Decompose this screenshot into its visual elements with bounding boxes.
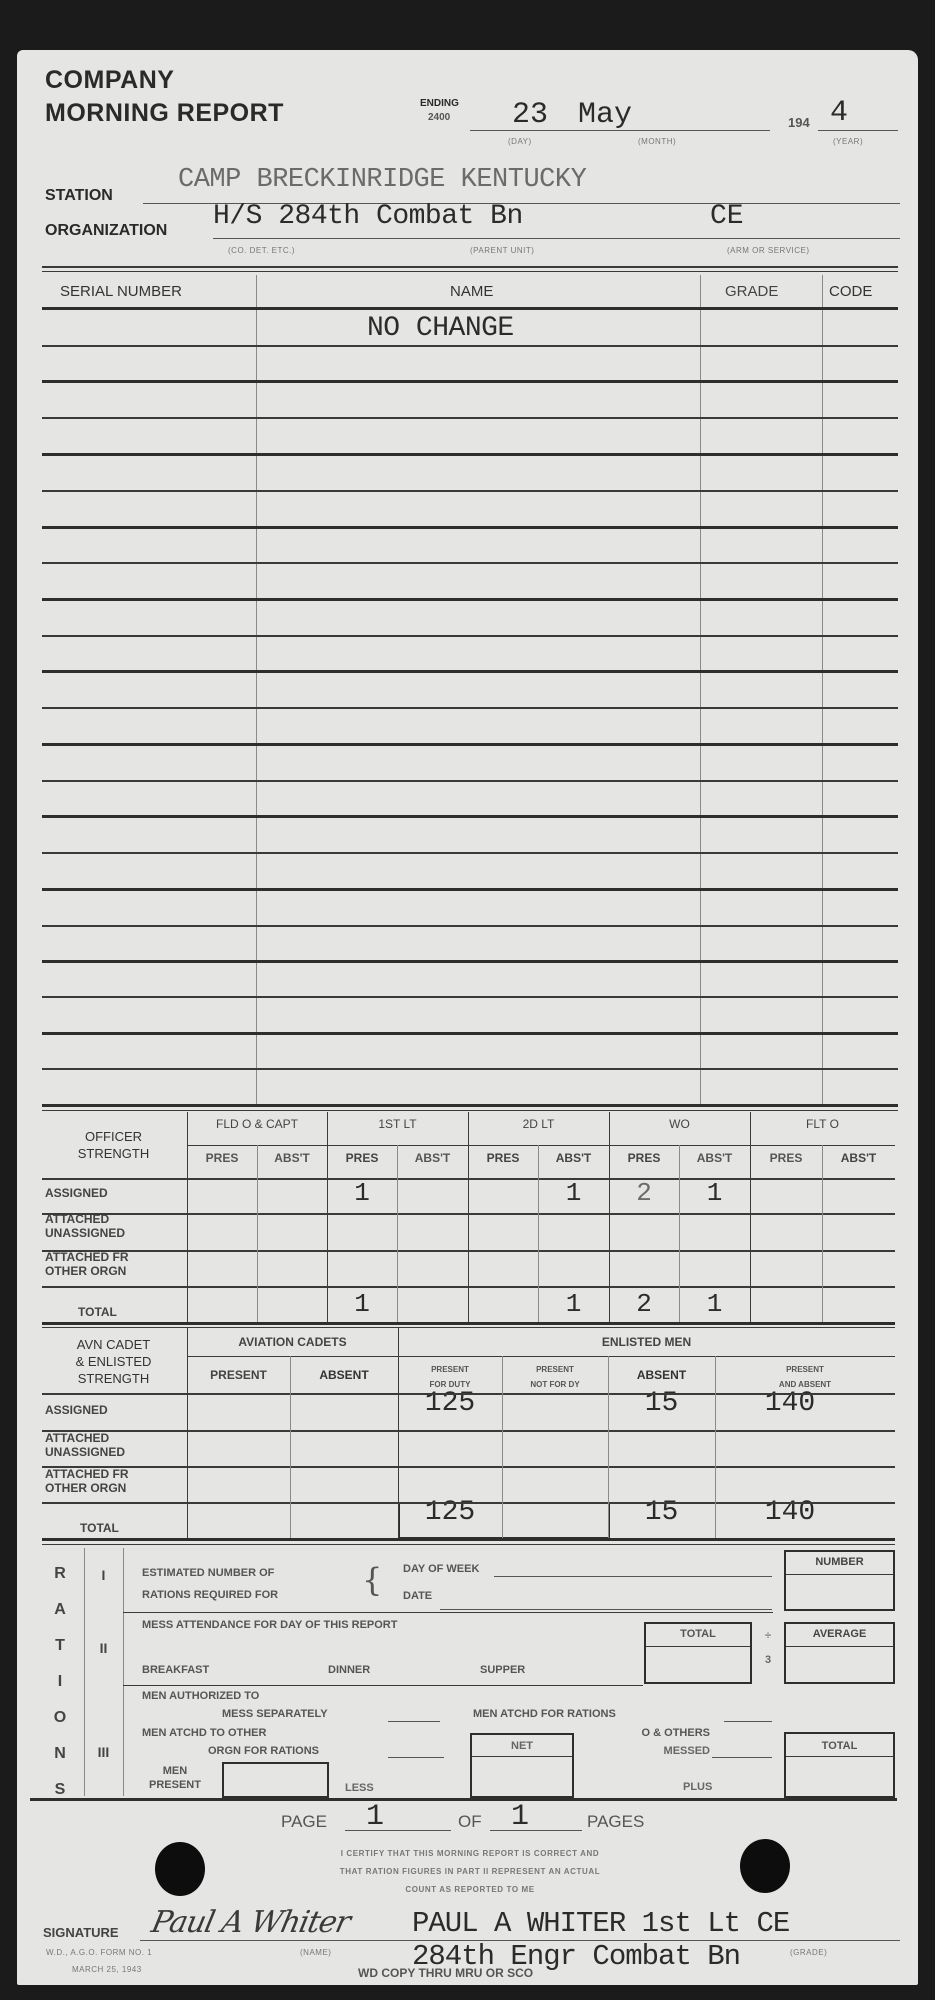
grid-vline xyxy=(538,1145,539,1322)
entry-line xyxy=(42,670,898,673)
entry-line xyxy=(42,490,898,492)
day-value[interactable]: 23 xyxy=(512,98,548,132)
box-divider xyxy=(786,1574,893,1575)
punch-hole-right xyxy=(740,1839,790,1893)
entry-line xyxy=(42,960,898,963)
signer-typed-name[interactable]: PAUL A WHITER 1st Lt CE xyxy=(412,1907,789,1940)
grid-vline xyxy=(502,1356,503,1538)
rations-total-label: TOTAL xyxy=(784,1740,895,1752)
entry-line xyxy=(42,1068,898,1070)
side-letter: R xyxy=(38,1556,82,1592)
name-caption: (NAME) xyxy=(300,1948,331,1957)
entry-line xyxy=(42,453,898,456)
divide-icon: ÷ xyxy=(754,1630,782,1642)
cell-assigned-wo-abst[interactable]: 1 xyxy=(679,1178,750,1208)
entry-line xyxy=(42,1110,898,1111)
mess-attendance-title: MESS ATTENDANCE FOR DAY OF THIS REPORT xyxy=(142,1619,397,1631)
sub-abst: ABS'T xyxy=(822,1151,895,1165)
box-divider xyxy=(786,1756,893,1757)
grid-vline xyxy=(187,1328,188,1538)
org-caption-parent-unit: (PARENT UNIT) xyxy=(470,246,534,255)
grid-vline xyxy=(398,1328,399,1538)
section-ii-numeral: II xyxy=(84,1640,123,1656)
grid-vline xyxy=(397,1145,398,1322)
label-line: ATTACHED xyxy=(45,1431,125,1445)
of-label: OF xyxy=(458,1812,482,1832)
entry-line xyxy=(42,598,898,601)
col-header-grade: GRADE xyxy=(725,283,778,300)
net-label: NET xyxy=(470,1740,574,1752)
o-others-field[interactable] xyxy=(712,1757,772,1758)
men-atchd-for-rations-label: MEN ATCHD FOR RATIONS xyxy=(473,1708,616,1720)
brace-icon: { xyxy=(362,1560,382,1600)
entry-line xyxy=(42,417,898,419)
col-divider-serial xyxy=(256,275,257,1105)
grid-line xyxy=(42,1502,895,1504)
label-line: PRESENT xyxy=(715,1362,895,1377)
row-label-attached-fr-other-orgn: ATTACHED FR OTHER ORGN xyxy=(45,1250,129,1278)
group-flt-o: FLT O xyxy=(750,1117,895,1131)
month-caption: (MONTH) xyxy=(638,137,676,146)
date-field[interactable] xyxy=(440,1609,772,1610)
sub-pres: PRES xyxy=(750,1151,822,1165)
label-line: NOT FOR DY xyxy=(502,1377,608,1392)
label-line: RATIONS REQUIRED FOR xyxy=(142,1584,278,1606)
ending-time-label: 2400 xyxy=(428,112,450,123)
label-line: UNASSIGNED xyxy=(45,1226,125,1240)
officer-strength-title-line1: OFFICER xyxy=(40,1128,187,1145)
men-present-label: MEN PRESENT xyxy=(130,1764,220,1792)
men-atchd-other-label-2: ORGN FOR RATIONS xyxy=(208,1745,319,1757)
mess-total-label: TOTAL xyxy=(644,1628,752,1640)
supper-label[interactable]: SUPPER xyxy=(480,1664,525,1676)
grid-vline xyxy=(822,1145,823,1322)
o-others-label-2: MESSED xyxy=(600,1745,710,1757)
sub-abst: ABS'T xyxy=(257,1151,327,1165)
entry-line xyxy=(42,526,898,529)
org-caption-company: (CO. DET. ETC.) xyxy=(228,246,295,255)
entry-line xyxy=(42,635,898,637)
station-value[interactable]: CAMP BRECKINRIDGE KENTUCKY xyxy=(178,165,586,195)
cell-assigned-1stlt-pres[interactable]: 1 xyxy=(327,1178,397,1208)
title-line: & ENLISTED xyxy=(40,1353,187,1370)
sub-avn-present: PRESENT xyxy=(187,1368,290,1382)
entry-line xyxy=(42,743,898,746)
plus-label: PLUS xyxy=(683,1781,712,1793)
entry-line xyxy=(42,852,898,854)
row-label-total: TOTAL xyxy=(78,1305,117,1319)
col-header-serial-number: SERIAL NUMBER xyxy=(60,283,182,300)
cell-assigned-2dlt-abst[interactable]: 1 xyxy=(538,1178,609,1208)
sub-abst: ABS'T xyxy=(397,1151,468,1165)
sub-avn-absent: ABSENT xyxy=(290,1368,398,1382)
entry-line xyxy=(42,307,898,310)
group-1st-lt: 1ST LT xyxy=(327,1117,468,1131)
page-label: PAGE xyxy=(281,1812,327,1832)
entry-line xyxy=(42,888,898,891)
year-underline xyxy=(818,130,898,131)
row-label-attached-unassigned: ATTACHED UNASSIGNED xyxy=(45,1431,125,1459)
rations-bottom-rule xyxy=(30,1798,897,1801)
enlisted-strength-title: AVN CADET & ENLISTED STRENGTH xyxy=(40,1336,187,1387)
certify-line: THAT RATION FIGURES IN PART II REPRESENT… xyxy=(250,1863,690,1881)
entry-row-1-name[interactable]: NO CHANGE xyxy=(367,313,514,344)
label-line: OTHER ORGN xyxy=(45,1264,129,1278)
label-line: PRESENT xyxy=(398,1362,502,1377)
organization-value[interactable]: H/S 284th Combat Bn xyxy=(213,201,523,232)
certify-line: I CERTIFY THAT THIS MORNING REPORT IS CO… xyxy=(250,1845,690,1863)
rations-side-label: R A T I O N S xyxy=(38,1556,82,1808)
label-line: ATTACHED FR xyxy=(45,1250,129,1264)
total-duty-box xyxy=(398,1502,610,1539)
grid-vline xyxy=(468,1112,469,1322)
rations-vline xyxy=(123,1548,124,1796)
side-letter: I xyxy=(38,1664,82,1700)
year-caption: (YEAR) xyxy=(833,137,863,146)
row-label-attached-fr-other-orgn: ATTACHED FR OTHER ORGN xyxy=(45,1467,129,1495)
entry-line xyxy=(42,925,898,927)
label-line: MEN xyxy=(130,1764,220,1778)
sub-pres: PRES xyxy=(609,1151,679,1165)
day-caption: (DAY) xyxy=(508,137,532,146)
col-header-name: NAME xyxy=(450,283,493,300)
men-atchd-for-rations-field[interactable] xyxy=(724,1721,772,1722)
grid-line xyxy=(42,1544,895,1545)
mess-separately-field[interactable] xyxy=(388,1721,440,1722)
form-number: W.D., A.G.O. FORM NO. 1 xyxy=(46,1948,152,1957)
year-value[interactable]: 4 xyxy=(830,96,848,130)
org-caption-arm-service: (ARM OR SERVICE) xyxy=(727,246,810,255)
year-prefix: 194 xyxy=(788,115,810,130)
handwritten-signature[interactable]: Paul A Whiter xyxy=(148,1905,353,1940)
day-of-week-field[interactable] xyxy=(494,1576,772,1577)
sub-abst: ABS'T xyxy=(679,1151,750,1165)
row-label-total: TOTAL xyxy=(80,1521,119,1535)
label-line: ATTACHED FR xyxy=(45,1467,129,1481)
grid-line xyxy=(42,1466,895,1468)
men-present-box[interactable] xyxy=(222,1762,329,1798)
col-divider-name xyxy=(700,275,701,1105)
officer-strength-title: OFFICER STRENGTH xyxy=(40,1128,187,1162)
label-line: OTHER ORGN xyxy=(45,1481,129,1495)
grid-line xyxy=(187,1145,895,1146)
organization-label: ORGANIZATION xyxy=(45,222,167,240)
title-line: AVN CADET xyxy=(40,1336,187,1353)
cell-total-1stlt-pres[interactable]: 1 xyxy=(327,1289,397,1319)
grid-line xyxy=(42,1322,895,1325)
grid-line xyxy=(42,1327,895,1328)
certify-line: COUNT AS REPORTED TO ME xyxy=(250,1881,690,1899)
box-divider xyxy=(472,1756,572,1757)
entry-line xyxy=(42,1104,898,1107)
header-rule-2 xyxy=(42,271,898,272)
sub-enlisted-absent: ABSENT xyxy=(608,1368,715,1382)
grid-line xyxy=(187,1356,895,1357)
date-label: DATE xyxy=(403,1590,432,1602)
divide-by-value: 3 xyxy=(754,1654,782,1666)
side-letter: O xyxy=(38,1700,82,1736)
arm-value[interactable]: CE xyxy=(710,201,744,232)
grid-line xyxy=(42,1393,895,1395)
row-label-attached-unassigned: ATTACHED UNASSIGNED xyxy=(45,1212,125,1240)
section-divider xyxy=(123,1685,643,1686)
officer-strength-title-line2: STRENGTH xyxy=(40,1145,187,1162)
section-i-numeral: I xyxy=(84,1567,123,1583)
sub-pres: PRES xyxy=(187,1151,257,1165)
box-divider xyxy=(646,1646,750,1647)
cell-total-wo-abst[interactable]: 1 xyxy=(679,1289,750,1319)
sub-present-not-for-duty: PRESENT NOT FOR DY xyxy=(502,1362,608,1392)
copy-note: WD COPY THRU MRU OR SCO xyxy=(358,1966,533,1980)
number-box-label: NUMBER xyxy=(784,1556,895,1568)
group-fld-o-capt: FLD O & CAPT xyxy=(187,1117,327,1131)
sub-pres: PRES xyxy=(327,1151,397,1165)
pages-label: PAGES xyxy=(587,1812,644,1832)
cell-total-wo-pres[interactable]: 2 xyxy=(609,1289,679,1319)
page-value[interactable]: 1 xyxy=(345,1800,405,1834)
row-label-assigned: ASSIGNED xyxy=(45,1186,108,1200)
form-date: MARCH 25, 1943 xyxy=(72,1965,142,1974)
side-letter: A xyxy=(38,1592,82,1628)
label-line: PRESENT xyxy=(502,1362,608,1377)
group-enlisted-men: ENLISTED MEN xyxy=(398,1335,895,1349)
group-aviation-cadets: AVIATION CADETS xyxy=(187,1335,398,1349)
entry-line xyxy=(42,996,898,998)
pages-value[interactable]: 1 xyxy=(500,1800,540,1834)
col-divider-grade xyxy=(822,275,823,1105)
side-letter: N xyxy=(38,1736,82,1772)
signature-label: SIGNATURE xyxy=(43,1925,119,1940)
label-line: PRESENT xyxy=(130,1778,220,1792)
box-divider xyxy=(786,1646,893,1647)
entry-line xyxy=(42,707,898,709)
less-label: LESS xyxy=(345,1782,374,1794)
month-value[interactable]: May xyxy=(578,98,632,132)
grid-vline xyxy=(679,1145,680,1322)
grid-vline xyxy=(327,1112,328,1322)
cell-total-2dlt-abst[interactable]: 1 xyxy=(538,1289,609,1319)
men-authorized-label-1: MEN AUTHORIZED TO xyxy=(142,1690,259,1702)
entry-line xyxy=(42,380,898,383)
o-others-label-1: O & OTHERS xyxy=(600,1727,710,1739)
other-orgn-field[interactable] xyxy=(388,1757,444,1758)
entry-line xyxy=(42,345,898,347)
section-iii-numeral: III xyxy=(84,1744,123,1760)
side-letter: S xyxy=(38,1772,82,1808)
day-of-week-label: DAY OF WEEK xyxy=(403,1563,479,1575)
station-label: STATION xyxy=(45,187,113,205)
average-label: AVERAGE xyxy=(784,1628,895,1640)
entry-line xyxy=(42,815,898,818)
grid-vline xyxy=(715,1356,716,1538)
punch-hole-left xyxy=(155,1842,205,1896)
grid-line xyxy=(42,1538,895,1541)
grid-vline xyxy=(609,1112,610,1322)
group-wo: WO xyxy=(609,1117,750,1131)
grid-vline xyxy=(187,1112,188,1322)
entry-line xyxy=(42,780,898,782)
men-authorized-label-2: MESS SEPARATELY xyxy=(222,1708,328,1720)
entry-line xyxy=(42,1032,898,1035)
entry-line xyxy=(42,562,898,564)
label-line: UNASSIGNED xyxy=(45,1445,125,1459)
col-header-code: CODE xyxy=(829,283,872,300)
grid-vline xyxy=(608,1356,609,1538)
grid-vline xyxy=(750,1112,751,1322)
men-atchd-other-label-1: MEN ATCHD TO OTHER xyxy=(142,1727,266,1739)
sub-pres: PRES xyxy=(468,1151,538,1165)
ending-label: ENDING xyxy=(420,98,459,109)
row-label-assigned: ASSIGNED xyxy=(45,1403,108,1417)
grade-caption: (GRADE) xyxy=(790,1948,827,1957)
section-divider xyxy=(123,1612,773,1613)
grid-line xyxy=(42,1430,895,1432)
breakfast-label[interactable]: BREAKFAST xyxy=(142,1664,209,1676)
cell-assigned-wo-pres[interactable]: 2 xyxy=(609,1178,679,1208)
dinner-label[interactable]: DINNER xyxy=(328,1664,370,1676)
organization-underline xyxy=(213,238,900,239)
form-title-line1: COMPANY xyxy=(45,66,174,95)
form-title-line2: MORNING REPORT xyxy=(45,99,284,128)
side-letter: T xyxy=(38,1628,82,1664)
header-rule xyxy=(42,266,898,268)
title-line: STRENGTH xyxy=(40,1370,187,1387)
label-line: ESTIMATED NUMBER OF xyxy=(142,1562,278,1584)
certification-text: I CERTIFY THAT THIS MORNING REPORT IS CO… xyxy=(250,1845,690,1899)
group-2d-lt: 2D LT xyxy=(468,1117,609,1131)
grid-vline xyxy=(257,1145,258,1322)
rations-required-label: ESTIMATED NUMBER OF RATIONS REQUIRED FOR xyxy=(142,1562,278,1606)
sub-abst: ABS'T xyxy=(538,1151,609,1165)
grid-vline xyxy=(290,1356,291,1538)
